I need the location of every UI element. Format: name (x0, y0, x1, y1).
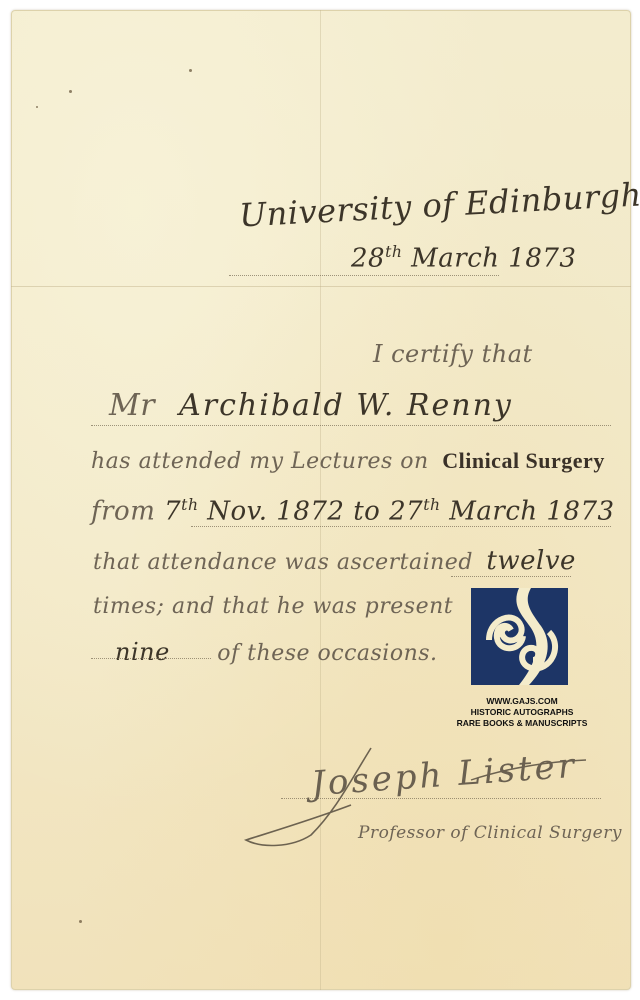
document-paper: University of Edinburgh 28th March 1873 … (11, 10, 631, 990)
date-month-year: March 1873 (411, 244, 576, 274)
attendance-line: that attendance was ascertained twelve (93, 546, 576, 576)
watermark-url: WWW.GAJS.COM (452, 696, 592, 707)
to-rest: March 1873 (449, 497, 614, 527)
attended-text: has attended my Lectures on (91, 449, 429, 474)
occasions-text: of these occasions. (217, 641, 437, 666)
recipient-line: Mr Archibald W. Renny (109, 388, 513, 423)
gajs-logo-icon (471, 588, 568, 685)
attended-line: has attended my Lectures on Clinical Sur… (91, 448, 605, 474)
times-line: times; and that he was present (93, 594, 453, 619)
certify-line: I certify that (373, 340, 533, 368)
watermark-tagline: HISTORIC AUTOGRAPHS (452, 707, 592, 718)
document-date: 28th March 1873 (351, 243, 576, 274)
institution-heading: University of Edinburgh (238, 175, 640, 234)
paper-speck (189, 69, 192, 72)
name-prefix: Mr (109, 388, 155, 423)
date-day: 28 (351, 244, 385, 274)
to-suffix: th (423, 496, 440, 514)
date-rule (229, 275, 499, 276)
watermark-tagline-2: RARE BOOKS & MANUSCRIPTS (452, 718, 592, 729)
occasions-line: nine of these occasions. (93, 638, 438, 666)
from-day: 7 (164, 497, 181, 527)
attendance-rule (451, 576, 571, 577)
paper-speck (36, 106, 38, 108)
course-name: Clinical Surgery (442, 448, 605, 473)
from-suffix: th (181, 496, 198, 514)
present-rule (91, 658, 211, 659)
date-suffix: th (385, 243, 402, 261)
attendance-count: twelve (486, 546, 575, 576)
from-rest: Nov. 1872 to (207, 497, 380, 527)
date-range-rule (191, 526, 611, 527)
from-label: from (91, 497, 155, 527)
fold-line (11, 286, 631, 287)
recipient-name: Archibald W. Renny (179, 388, 513, 423)
to-day: 27 (389, 497, 423, 527)
paper-speck (79, 920, 82, 923)
attendance-text: that attendance was ascertained (93, 550, 473, 575)
date-range-line: from 7th Nov. 1872 to 27th March 1873 (91, 496, 615, 527)
name-rule (91, 425, 611, 426)
signatory-title: Professor of Clinical Surgery (358, 823, 622, 843)
present-count: nine (115, 638, 170, 666)
paper-speck (69, 90, 72, 93)
